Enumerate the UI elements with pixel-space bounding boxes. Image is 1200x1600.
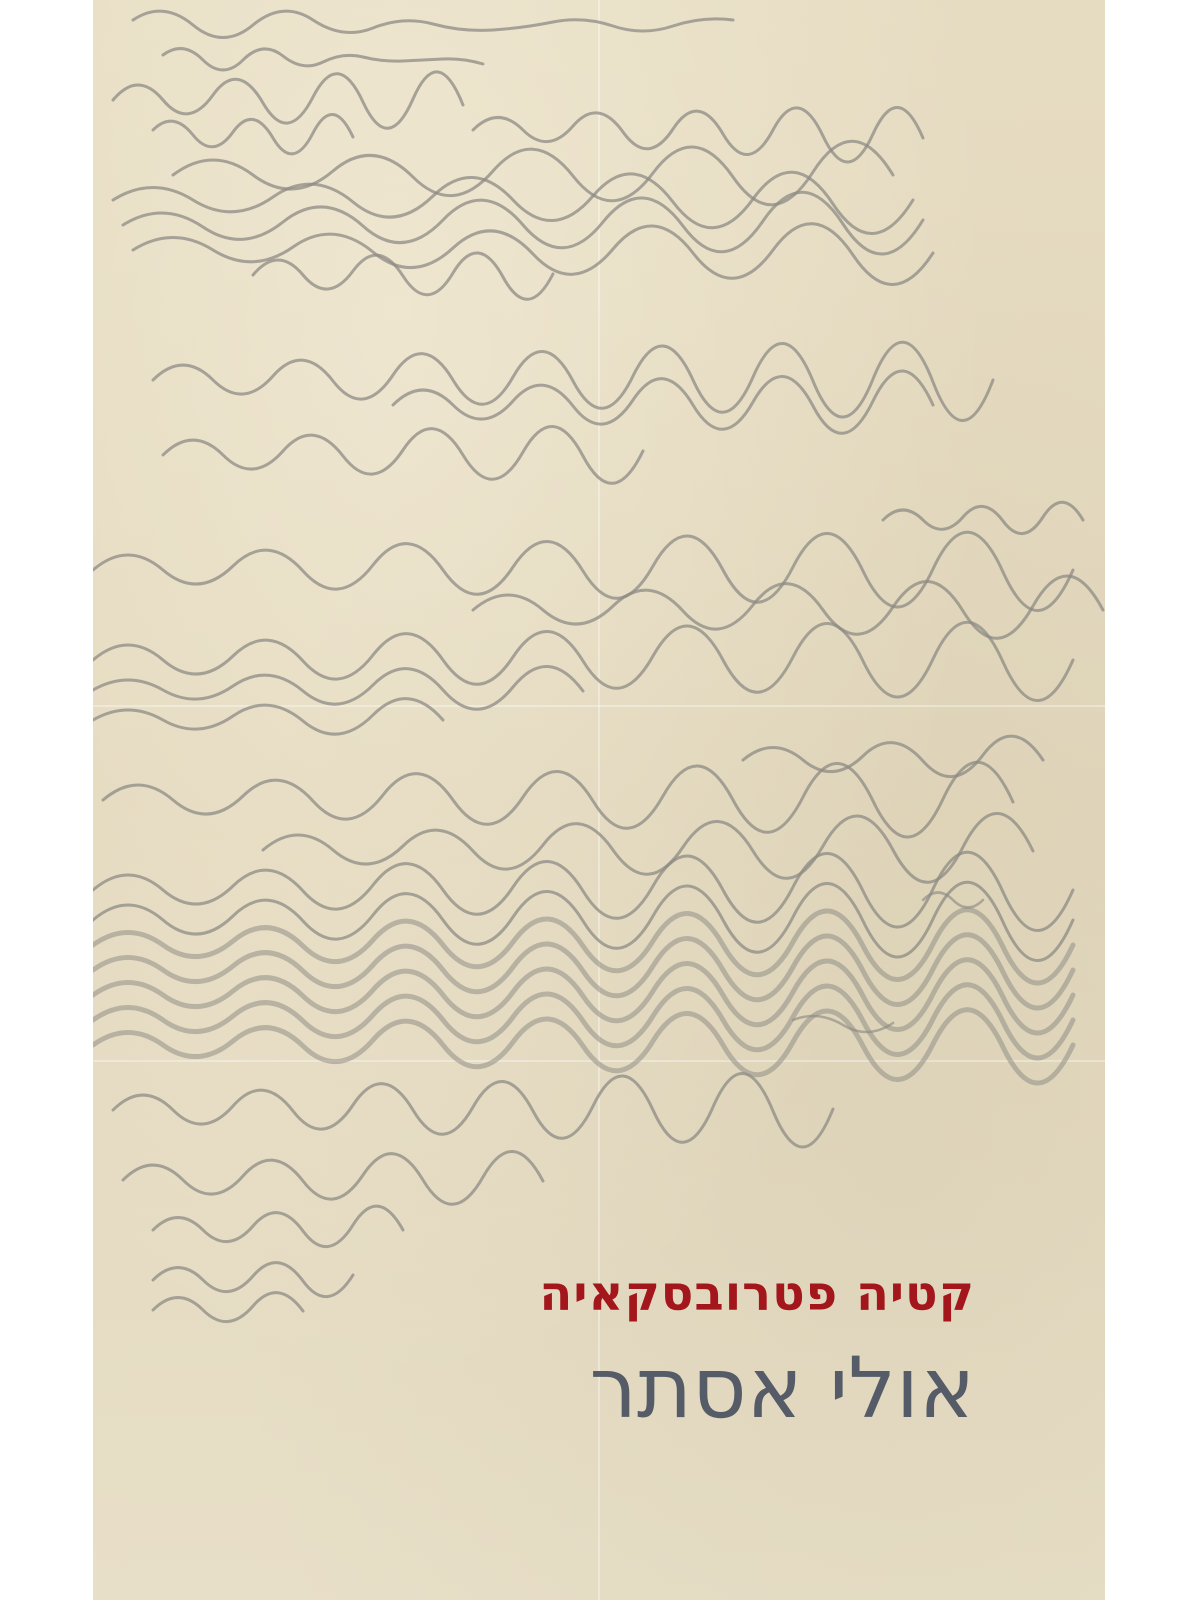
book-cover: קטיה פטרובסקאיה אולי אסתר — [93, 0, 1105, 1600]
book-title: אולי אסתר — [539, 1346, 975, 1430]
author-name: קטיה פטרובסקאיה — [539, 1270, 975, 1318]
title-block: קטיה פטרובסקאיה אולי אסתר — [539, 1270, 975, 1430]
